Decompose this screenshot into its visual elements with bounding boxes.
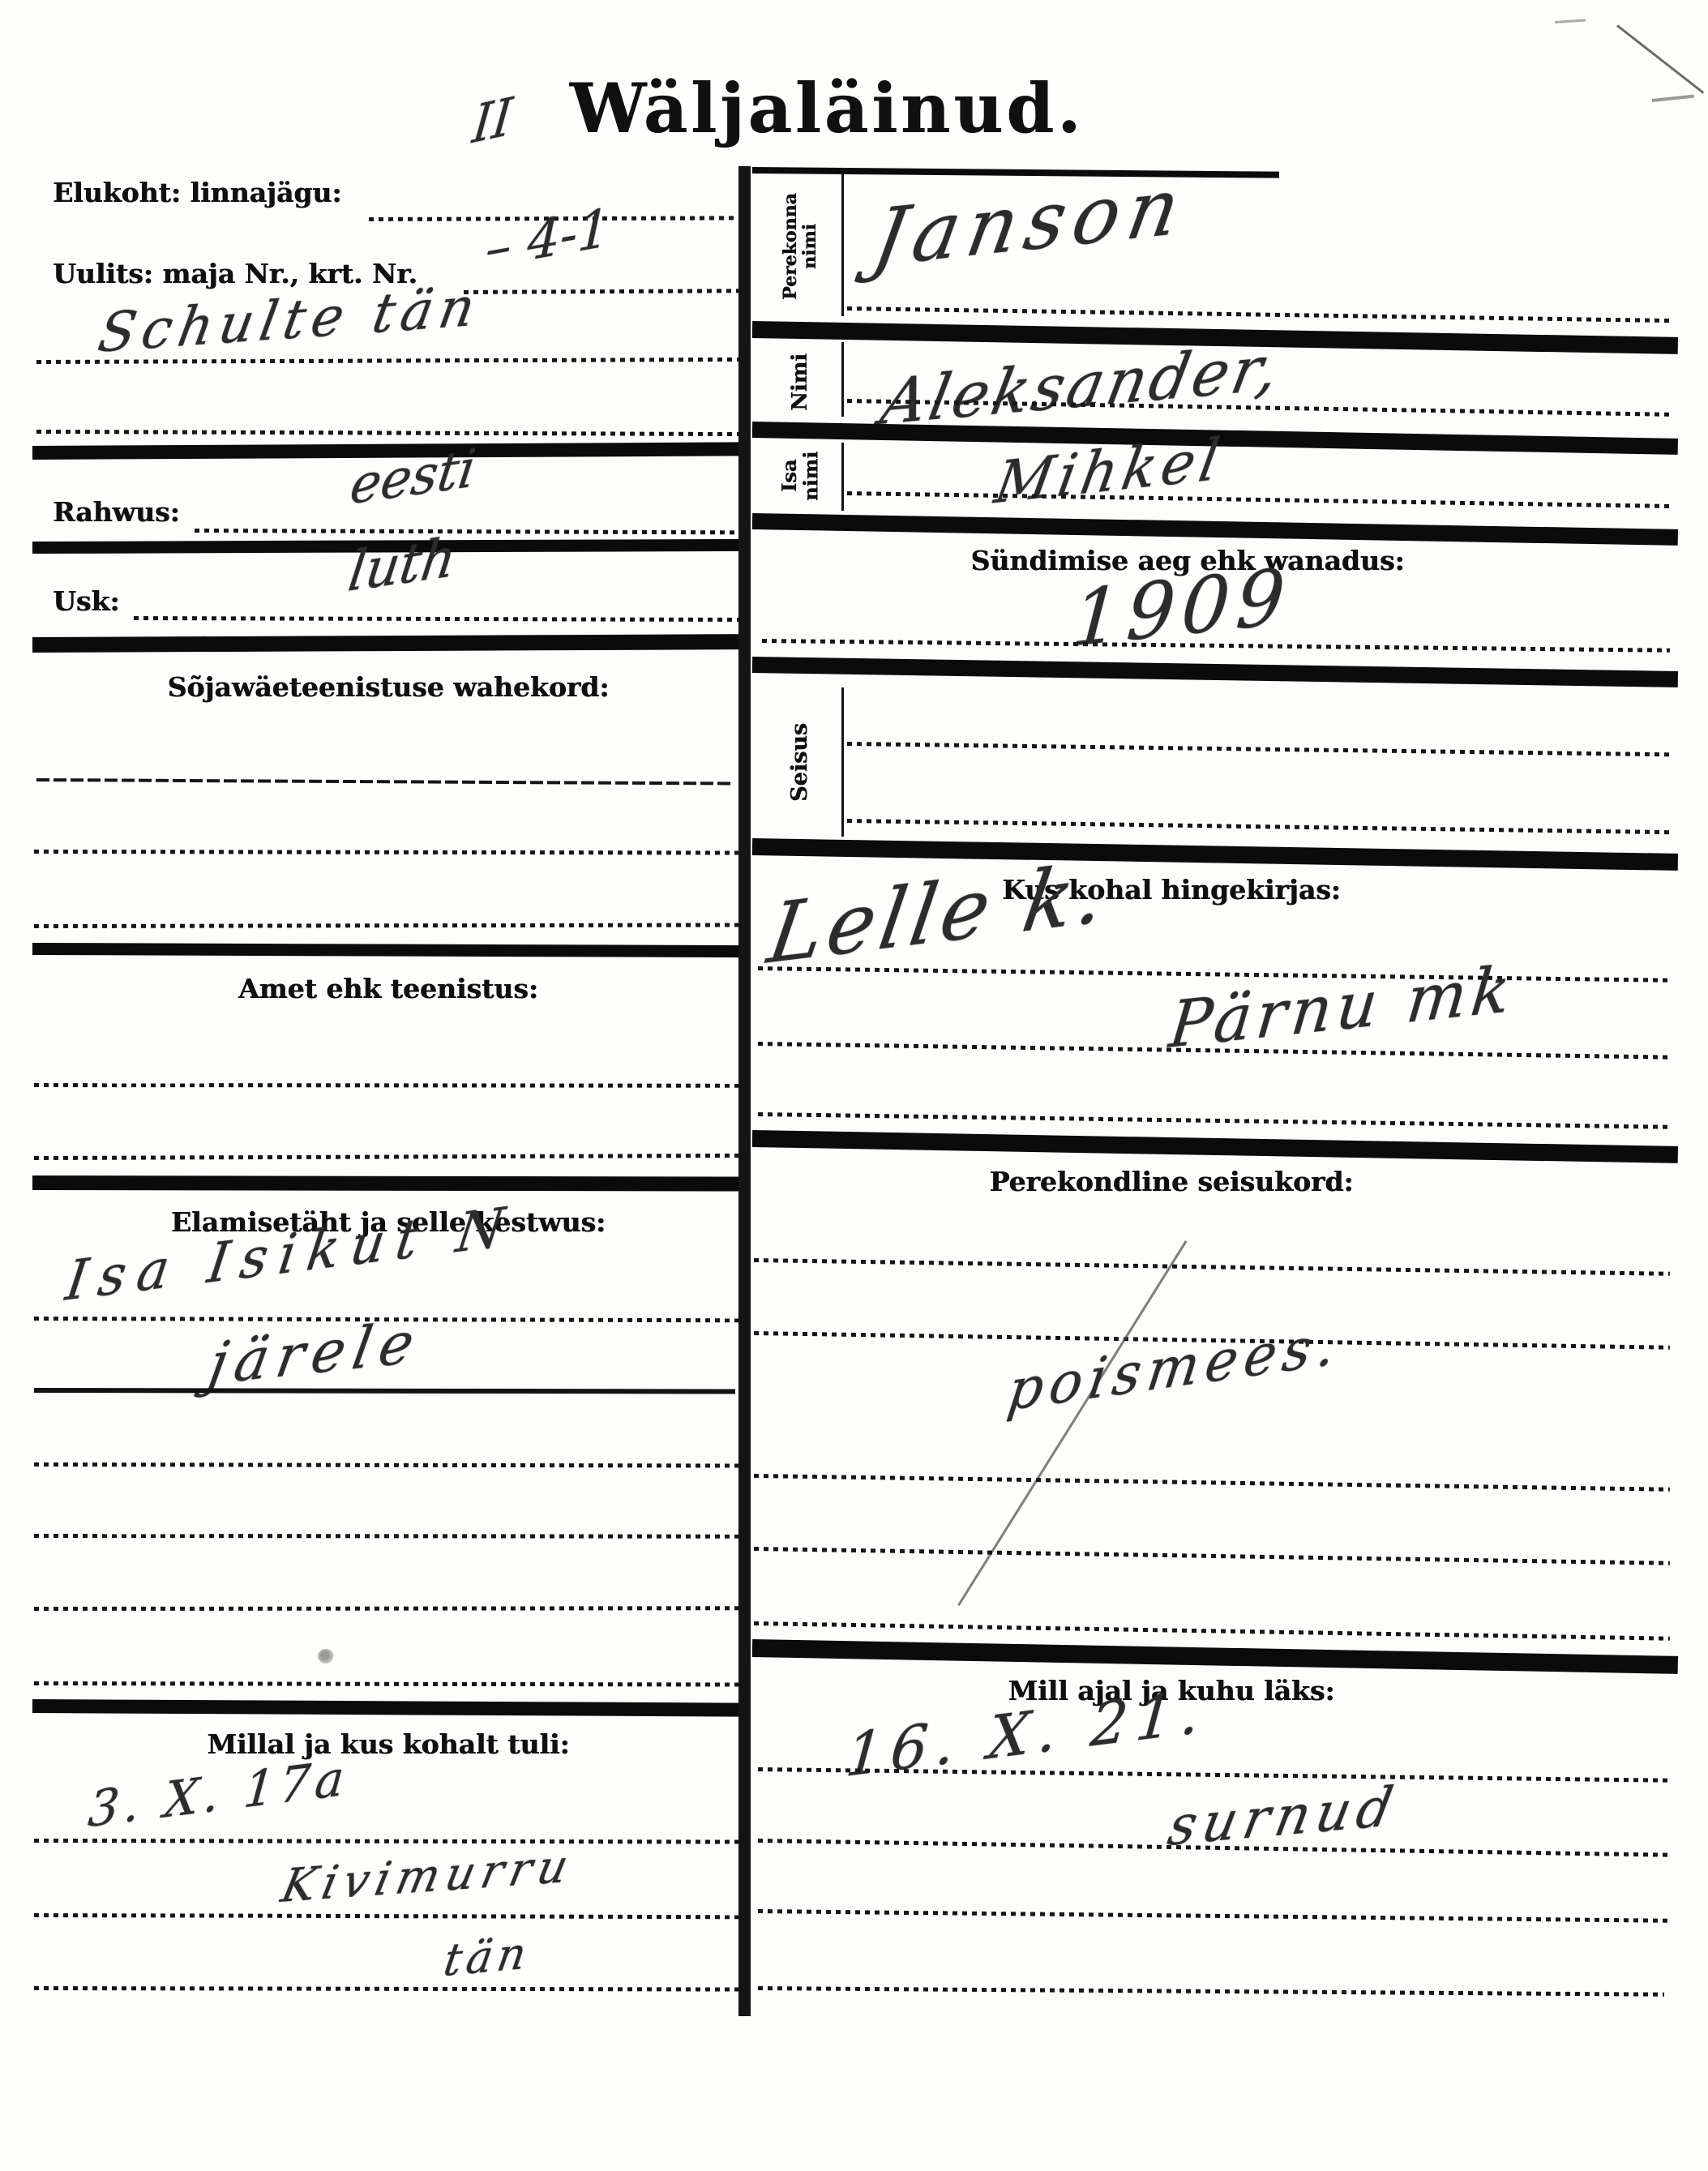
perekondline-rule — [754, 1621, 1670, 1641]
section-bar — [32, 1699, 744, 1717]
kus-entry-line1: Lelle k. — [762, 844, 1116, 983]
elamisetaht-rule — [34, 1606, 742, 1611]
fold-mark — [1652, 95, 1694, 102]
seisus-rule — [847, 819, 1672, 834]
section-bar — [32, 943, 744, 957]
section-bar — [32, 1175, 744, 1192]
sojawae-rule — [34, 850, 742, 855]
page-title: Wäljaläinud. — [519, 68, 1135, 148]
rahwus-label: Rahwus: — [53, 496, 180, 528]
seisus-label: Seisus — [788, 723, 812, 802]
elamisetaht-rule — [34, 1534, 742, 1539]
amet-heading: Amet ehk teenistus: — [32, 973, 744, 1004]
usk-entry: luth — [345, 525, 460, 605]
uulits-rule — [464, 289, 742, 294]
usk-label: Usk: — [53, 585, 119, 617]
seisus-label-cell: Seisus — [760, 696, 840, 829]
elukoht-label: Elukoht: linnajägu: — [53, 177, 341, 208]
millal-entry-line1: 3. X. 17a — [86, 1749, 351, 1839]
sojawae-heading: Sõjawäeteenistuse wahekord: — [32, 671, 744, 703]
label-gutter-line — [841, 342, 844, 417]
document-page: Wäljaläinud. Elukoht: linnajägu: II Uuli… — [0, 0, 1708, 2171]
kus-rule — [758, 1112, 1671, 1129]
millal-rule — [34, 1986, 742, 1992]
label-gutter-line — [841, 443, 844, 511]
mill-rule — [758, 1909, 1667, 1923]
millal-entry-line3: tän — [440, 1927, 534, 1986]
perekonna-label: Perekonna nimi — [781, 178, 820, 315]
uulits-entry: – 4-1 — [485, 198, 611, 281]
section-bar — [32, 634, 744, 653]
perekonna-rule — [847, 306, 1672, 323]
perekondline-rule — [754, 1474, 1670, 1492]
mill-rule — [758, 1986, 1664, 1997]
usk-rule — [134, 616, 742, 622]
column-divider — [738, 166, 751, 2016]
amet-rule — [34, 1083, 742, 1088]
fold-mark — [1616, 24, 1704, 93]
row-bar — [752, 838, 1678, 871]
kus-rule — [758, 966, 1671, 983]
row-bar — [752, 1639, 1678, 1674]
nimi-label: Nimi — [789, 353, 812, 411]
isa-label: Isa nimi — [779, 443, 822, 509]
perekonna-label-cell: Perekonna nimi — [760, 178, 840, 315]
isa-rule — [847, 491, 1672, 508]
millal-heading: Millal ja kus kohalt tuli: — [32, 1728, 744, 1760]
blank-rule — [36, 430, 742, 436]
fold-mark — [1555, 19, 1586, 24]
label-gutter-line — [841, 687, 844, 837]
seisus-rule — [847, 742, 1672, 756]
row-bar — [752, 1130, 1678, 1163]
right-top-bar — [752, 167, 1279, 178]
label-gutter-line — [841, 173, 844, 316]
sojawae-rule — [36, 778, 732, 785]
perekondline-heading: Perekondline seisukord: — [758, 1166, 1585, 1197]
row-bar — [752, 657, 1678, 687]
elukoht-entry: II — [470, 85, 516, 156]
kus-entry-line2: Pärnu mk — [1166, 953, 1518, 1063]
elamisetaht-rule — [34, 1462, 742, 1468]
elamisetaht-rule — [34, 1681, 742, 1687]
millal-entry-line2: Kivimurru — [276, 1839, 579, 1913]
millal-rule — [34, 1839, 742, 1844]
nimi-label-cell: Nimi — [760, 347, 840, 418]
ink-smudge — [318, 1649, 334, 1664]
rahwus-rule — [195, 529, 742, 534]
sojawae-rule — [34, 923, 742, 928]
perekondline-rule — [754, 1547, 1670, 1565]
nimi-entry: Aleksander, — [875, 331, 1288, 439]
elamisetaht-entry-line2: järele — [203, 1308, 427, 1398]
elamisetaht-rule-solid — [34, 1388, 735, 1394]
isa-label-cell: Isa nimi — [760, 443, 840, 509]
perekonna-entry: Janson — [867, 159, 1195, 285]
millal-rule — [34, 1913, 742, 1919]
perekondline-rule — [754, 1258, 1670, 1276]
perekondline-entry: poismees. — [1004, 1312, 1346, 1424]
amet-rule — [34, 1154, 742, 1160]
row-bar — [752, 513, 1678, 546]
